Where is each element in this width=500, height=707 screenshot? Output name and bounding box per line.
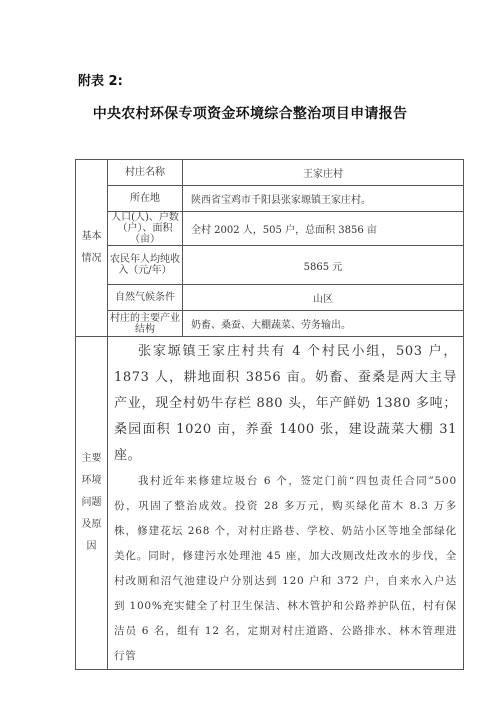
- section-label-line: 情况: [76, 248, 107, 270]
- environment-paragraph-2: 我村近年来修建垃圾台 6 个，签定门前“四包责任合同”500 份，巩固了整治成效…: [114, 469, 457, 669]
- application-form-table: 基本 情况 村庄名称 王家庄村 所在地 陕西省宝鸡市千阳县张家塬镇王家庄村。 人…: [75, 159, 464, 670]
- field-label-population: 人口(人)、户数（户）、面积（亩）: [108, 212, 183, 246]
- section-environment-label: 主要 环境 问题 及原 因: [76, 337, 108, 670]
- document-title: 中央农村环保专项资金环境综合整治项目申请报告: [0, 103, 500, 123]
- section-basic-info-label: 基本 情况: [76, 160, 108, 337]
- environment-description: 张家塬镇王家庄村共有 4 个村民小组，503 户，1873 人，耕地面积 385…: [108, 337, 464, 670]
- section-label-line: 问题: [76, 492, 107, 514]
- table-row: 主要 环境 问题 及原 因 张家塬镇王家庄村共有 4 个村民小组，503 户，1…: [76, 337, 464, 670]
- table-row: 基本 情况 村庄名称 王家庄村: [76, 160, 464, 186]
- field-value-population: 全村 2002 人，505 户，总面积 3856 亩: [183, 212, 464, 246]
- field-label-village-name: 村庄名称: [108, 160, 183, 186]
- field-label-industry: 村庄的主要产业结构: [108, 311, 183, 337]
- section-label-line: 主要: [76, 448, 107, 470]
- field-value-industry: 奶畜、桑蚕、大棚蔬菜、劳务输出。: [183, 311, 464, 337]
- field-value-location: 陕西省宝鸡市千阳县张家塬镇王家庄村。: [183, 186, 464, 212]
- appendix-label: 附表 2:: [78, 70, 123, 89]
- environment-paragraph-1: 张家塬镇王家庄村共有 4 个村民小组，503 户，1873 人，耕地面积 385…: [114, 339, 457, 469]
- table-row: 农民年人均纯收入（元/年） 5865 元: [76, 246, 464, 285]
- table-row: 自然气候条件 山区: [76, 285, 464, 311]
- section-label-line: 及原: [76, 514, 107, 536]
- field-value-village-name: 王家庄村: [183, 160, 464, 186]
- section-label-line: 基本: [76, 226, 107, 248]
- section-label-line: 因: [76, 536, 107, 558]
- section-label-line: 环境: [76, 470, 107, 492]
- field-value-income: 5865 元: [183, 246, 464, 285]
- field-label-location: 所在地: [108, 186, 183, 212]
- field-value-climate: 山区: [183, 285, 464, 311]
- table-row: 所在地 陕西省宝鸡市千阳县张家塬镇王家庄村。: [76, 186, 464, 212]
- table-row: 人口(人)、户数（户）、面积（亩） 全村 2002 人，505 户，总面积 38…: [76, 212, 464, 246]
- field-label-climate: 自然气候条件: [108, 285, 183, 311]
- field-label-income: 农民年人均纯收入（元/年）: [108, 246, 183, 285]
- table-row: 村庄的主要产业结构 奶畜、桑蚕、大棚蔬菜、劳务输出。: [76, 311, 464, 337]
